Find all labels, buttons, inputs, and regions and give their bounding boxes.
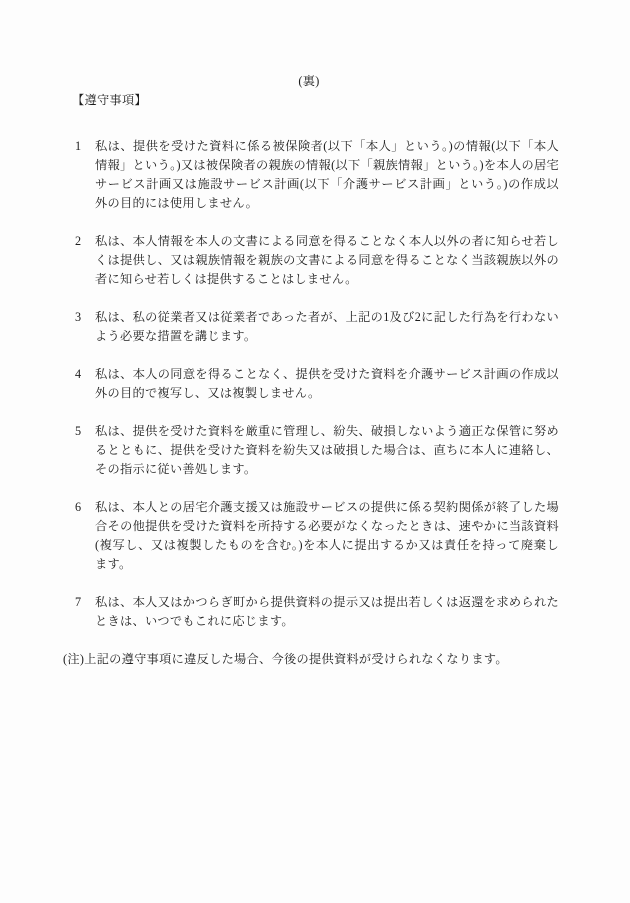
clause-number: 7 [75,593,95,631]
section-title: 【遵守事項】 [72,91,559,110]
clause-text: 私は、本人との居宅介護支援又は施設サービスの提供に係る契約関係が終了した場合その… [95,498,559,574]
clause-item-1: 1 私は、提供を受けた資料に係る被保険者(以下「本人」という。)の情報(以下「本… [75,137,559,213]
backside-label: (裏) [67,72,551,91]
clause-item-7: 7 私は、本人又はかつらぎ町から提供資料の提示又は提出若しくは返還を求められたと… [75,593,559,631]
compliance-list: 1 私は、提供を受けた資料に係る被保険者(以下「本人」という。)の情報(以下「本… [75,137,559,631]
clause-text: 私は、私の従業者又は従業者であった者が、上記の1及び2に記した行為を行わないよう… [95,308,559,346]
document-page: (裏) 【遵守事項】 1 私は、提供を受けた資料に係る被保険者(以下「本人」とい… [0,0,630,903]
clause-number: 4 [75,365,95,403]
clause-text: 私は、提供を受けた資料を厳重に管理し、紛失、破損しないよう適正な保管に努めるとと… [95,422,559,479]
clause-item-3: 3 私は、私の従業者又は従業者であった者が、上記の1及び2に記した行為を行わない… [75,308,559,346]
clause-number: 3 [75,308,95,346]
clause-number: 1 [75,137,95,213]
clause-number: 5 [75,422,95,479]
clause-item-2: 2 私は、本人情報を本人の文書による同意を得ることなく本人以外の者に知らせ若しく… [75,232,559,289]
clause-text: 私は、本人又はかつらぎ町から提供資料の提示又は提出若しくは返還を求められたときは… [95,593,559,631]
clause-text: 私は、提供を受けた資料に係る被保険者(以下「本人」という。)の情報(以下「本人情… [95,137,559,213]
clause-item-5: 5 私は、提供を受けた資料を厳重に管理し、紛失、破損しないよう適正な保管に努める… [75,422,559,479]
clause-text: 私は、本人の同意を得ることなく、提供を受けた資料を介護サービス計画の作成以外の目… [95,365,559,403]
clause-item-6: 6 私は、本人との居宅介護支援又は施設サービスの提供に係る契約関係が終了した場合… [75,498,559,574]
clause-number: 6 [75,498,95,574]
clause-item-4: 4 私は、本人の同意を得ることなく、提供を受けた資料を介護サービス計画の作成以外… [75,365,559,403]
note-line: (注)上記の遵守事項に違反した場合、今後の提供資料が受けられなくなります。 [63,650,559,669]
clause-number: 2 [75,232,95,289]
clause-text: 私は、本人情報を本人の文書による同意を得ることなく本人以外の者に知らせ若しくは提… [95,232,559,289]
